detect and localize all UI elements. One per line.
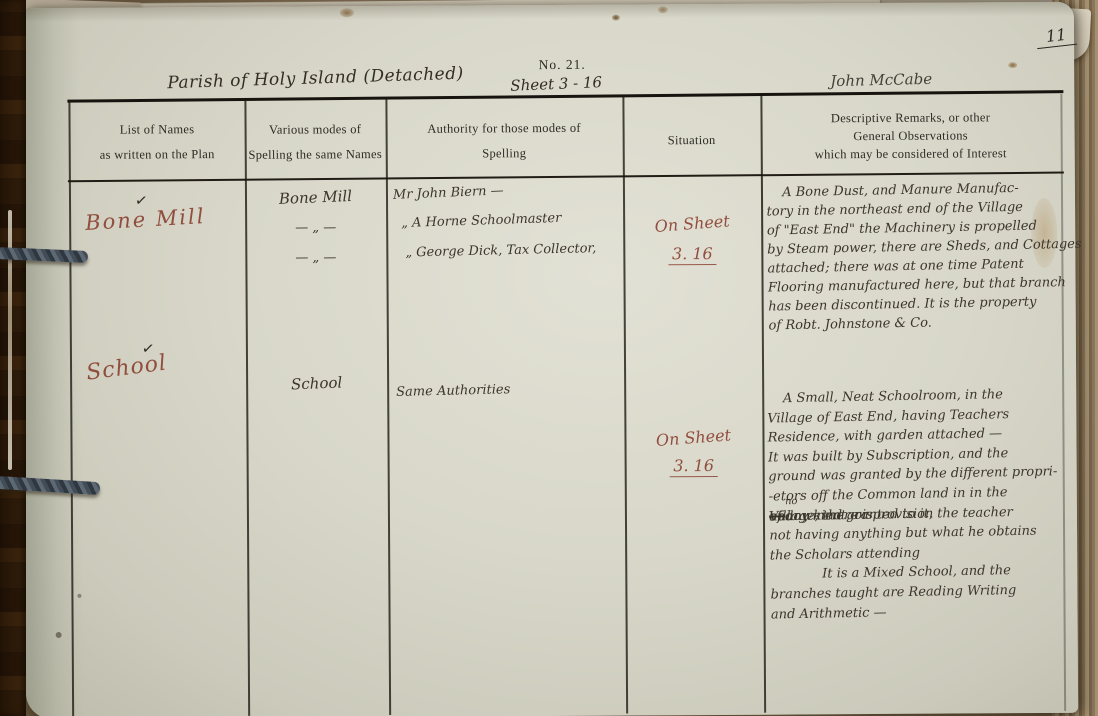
column-divider xyxy=(622,97,627,714)
stain xyxy=(658,6,668,13)
plan-name-school: School xyxy=(85,351,169,386)
authority-entry: „ George Dick, Tax Collector, xyxy=(405,241,596,260)
column-divider xyxy=(385,98,390,715)
header-names: as written on the Plan xyxy=(70,147,245,163)
checkmark: ✓ xyxy=(134,191,149,211)
sheet-headline: Sheet 3 - 16 xyxy=(510,73,602,95)
spelling-entry: Bone Mill xyxy=(245,186,387,210)
name-book-scan: 181 11 No. 21. Parish of Holy Island (De… xyxy=(0,0,1098,716)
examiner-signature: John McCabe xyxy=(830,70,932,90)
remarks-school: A Small, Neat Schoolroom, in the Village… xyxy=(767,384,1071,625)
situation-sheet-ref: 3. 16 xyxy=(623,244,761,266)
binding-margin-shadow xyxy=(22,8,84,716)
header-remarks: Descriptive Remarks, or other xyxy=(760,110,1060,127)
authority-entry: Mr John Biern — xyxy=(393,183,504,203)
authority-entry: Same Authorities xyxy=(396,382,510,400)
stain xyxy=(612,15,620,21)
book-fore-edge xyxy=(0,0,26,716)
inserted-word: no xyxy=(785,497,798,507)
ink-speck xyxy=(77,594,81,598)
header-remarks: which may be considered of Interest xyxy=(761,146,1061,163)
header-spelling: Various modes of xyxy=(245,122,386,138)
situation-sheet-ref: 3. 16 xyxy=(625,456,763,478)
column-divider xyxy=(760,96,765,713)
checkmark: ✓ xyxy=(141,339,156,359)
header-names: List of Names xyxy=(70,122,245,138)
remarks-line: and Arithmetic — xyxy=(771,600,1071,625)
remarks-line: of Robt. Johnstone & Co. xyxy=(768,311,1068,335)
header-authority: Spelling xyxy=(386,146,623,162)
form-number: No. 21. xyxy=(502,57,622,74)
ledger-page: 11 No. 21. Parish of Holy Island (Detach… xyxy=(22,2,1078,716)
sheet-ref-underlined: 3. 16 xyxy=(668,244,717,265)
leaf-number: 11 xyxy=(1035,24,1077,49)
authority-entry: „ A Horne Schoolmaster xyxy=(401,211,562,231)
ink-speck xyxy=(56,632,62,638)
situation-entry: On Sheet xyxy=(624,423,763,452)
parish-headline: Parish of Holy Island (Detached) xyxy=(167,64,464,94)
remarks-bone-mill: A Bone Dust, and Manure Manufac- tory in… xyxy=(766,178,1069,335)
stain xyxy=(1008,62,1017,68)
ditto-mark: — „ — xyxy=(245,250,386,266)
header-spelling: Spelling the same Names xyxy=(245,147,386,163)
header-authority: Authority for those modes of xyxy=(386,121,623,137)
header-remarks: General Observations xyxy=(761,128,1061,145)
sheet-ref-underlined: 3. 16 xyxy=(669,456,718,477)
header-situation: Situation xyxy=(623,133,761,149)
stain xyxy=(340,8,354,17)
ditto-mark: — „ — xyxy=(245,220,386,236)
spelling-entry: School xyxy=(246,372,388,396)
situation-entry: On Sheet xyxy=(623,209,762,238)
